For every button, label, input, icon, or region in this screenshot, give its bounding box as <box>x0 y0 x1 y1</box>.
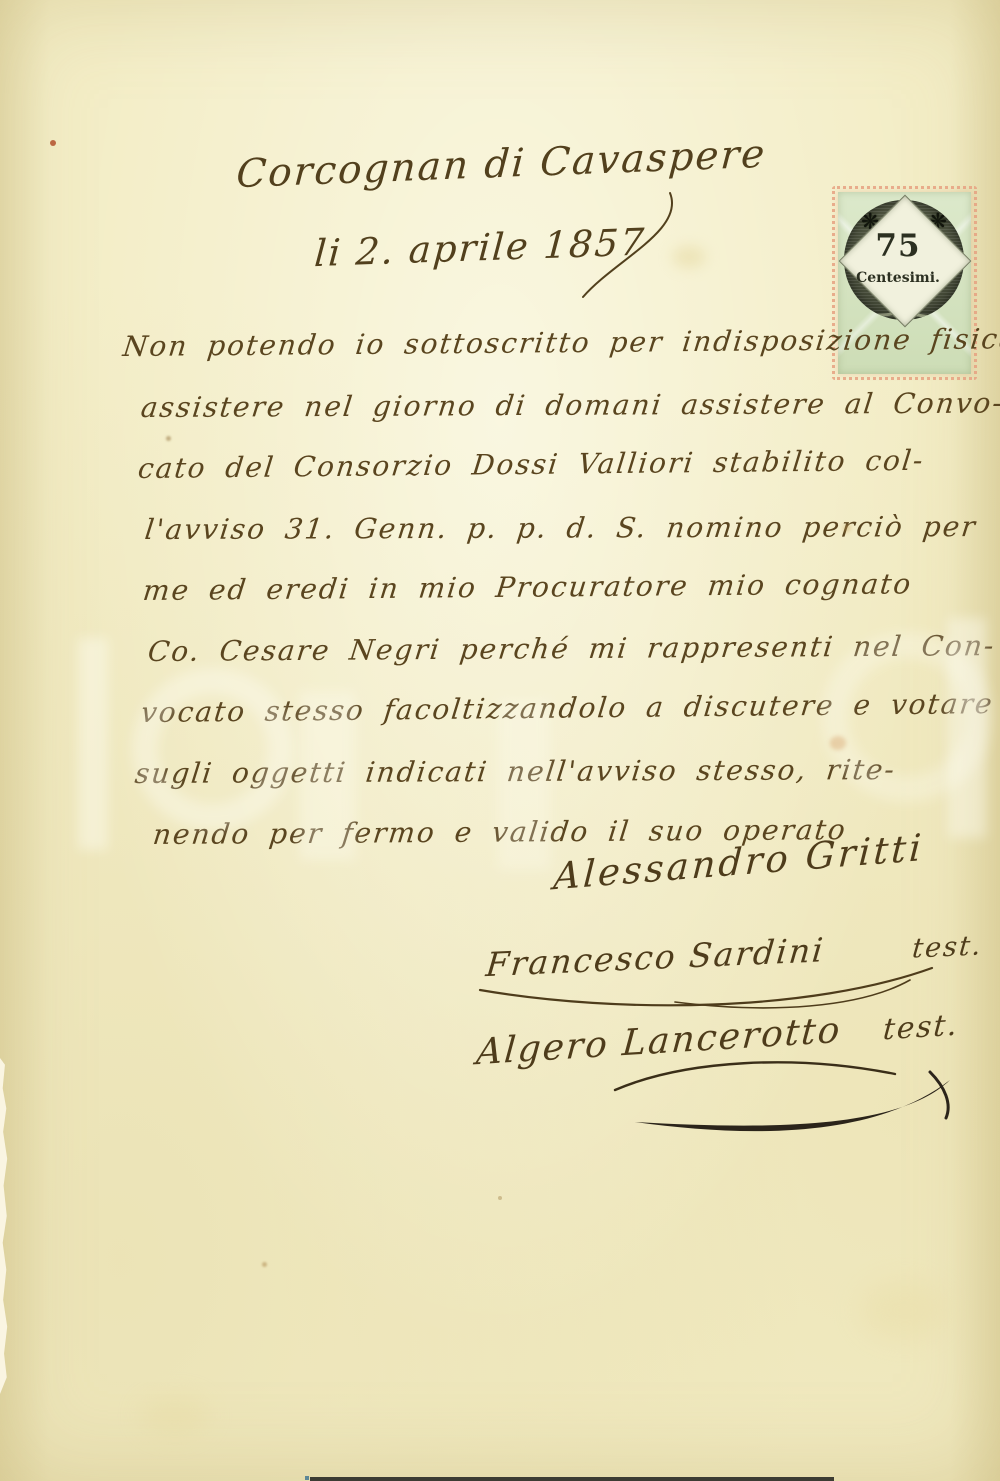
paper-stain <box>860 1280 950 1340</box>
heading-swash-flourish <box>545 175 685 305</box>
watermark-shape <box>132 668 294 830</box>
signature-suffix: test. <box>911 930 984 964</box>
heading-place: Corcognan di Cavaspere <box>235 132 768 197</box>
body-line: assistere nel giorno di domani assistere… <box>139 386 1000 424</box>
body-line: l'avviso 31. Genn. p. p. d. S. nomino pe… <box>143 510 979 546</box>
body-line: sugli oggetti indicati nell'avviso stess… <box>133 753 898 790</box>
signature-underline-flourish <box>470 962 950 1022</box>
stamp-denomination: Centesimi. <box>838 270 958 286</box>
watermark-shape <box>78 638 108 850</box>
body-line: me ed eredi in mio Procuratore mio cogna… <box>141 567 914 607</box>
scan-edge-speck <box>305 1476 309 1480</box>
paper-stain <box>140 1396 210 1436</box>
fox-spot <box>830 736 846 750</box>
scan-edge-strip <box>310 1477 834 1481</box>
signature-flourish <box>590 1052 980 1142</box>
scanned-letter-page: ❋ ❋ 75 Centesimi. Corcognan di Cavaspere… <box>0 0 1000 1481</box>
torn-paper-edge <box>0 1058 9 1394</box>
fox-spot <box>166 436 171 441</box>
fox-spot <box>262 1262 267 1267</box>
fox-spot <box>50 140 56 146</box>
body-line: cato del Consorzio Dossi Valliori stabil… <box>136 444 926 485</box>
body-line: vocato stesso facoltizzandolo a discuter… <box>139 687 995 729</box>
body-line: Co. Cesare Negri perché mi rappresenti n… <box>146 629 997 668</box>
stamp-value: 75 <box>838 228 958 264</box>
fox-spot <box>498 1196 502 1200</box>
